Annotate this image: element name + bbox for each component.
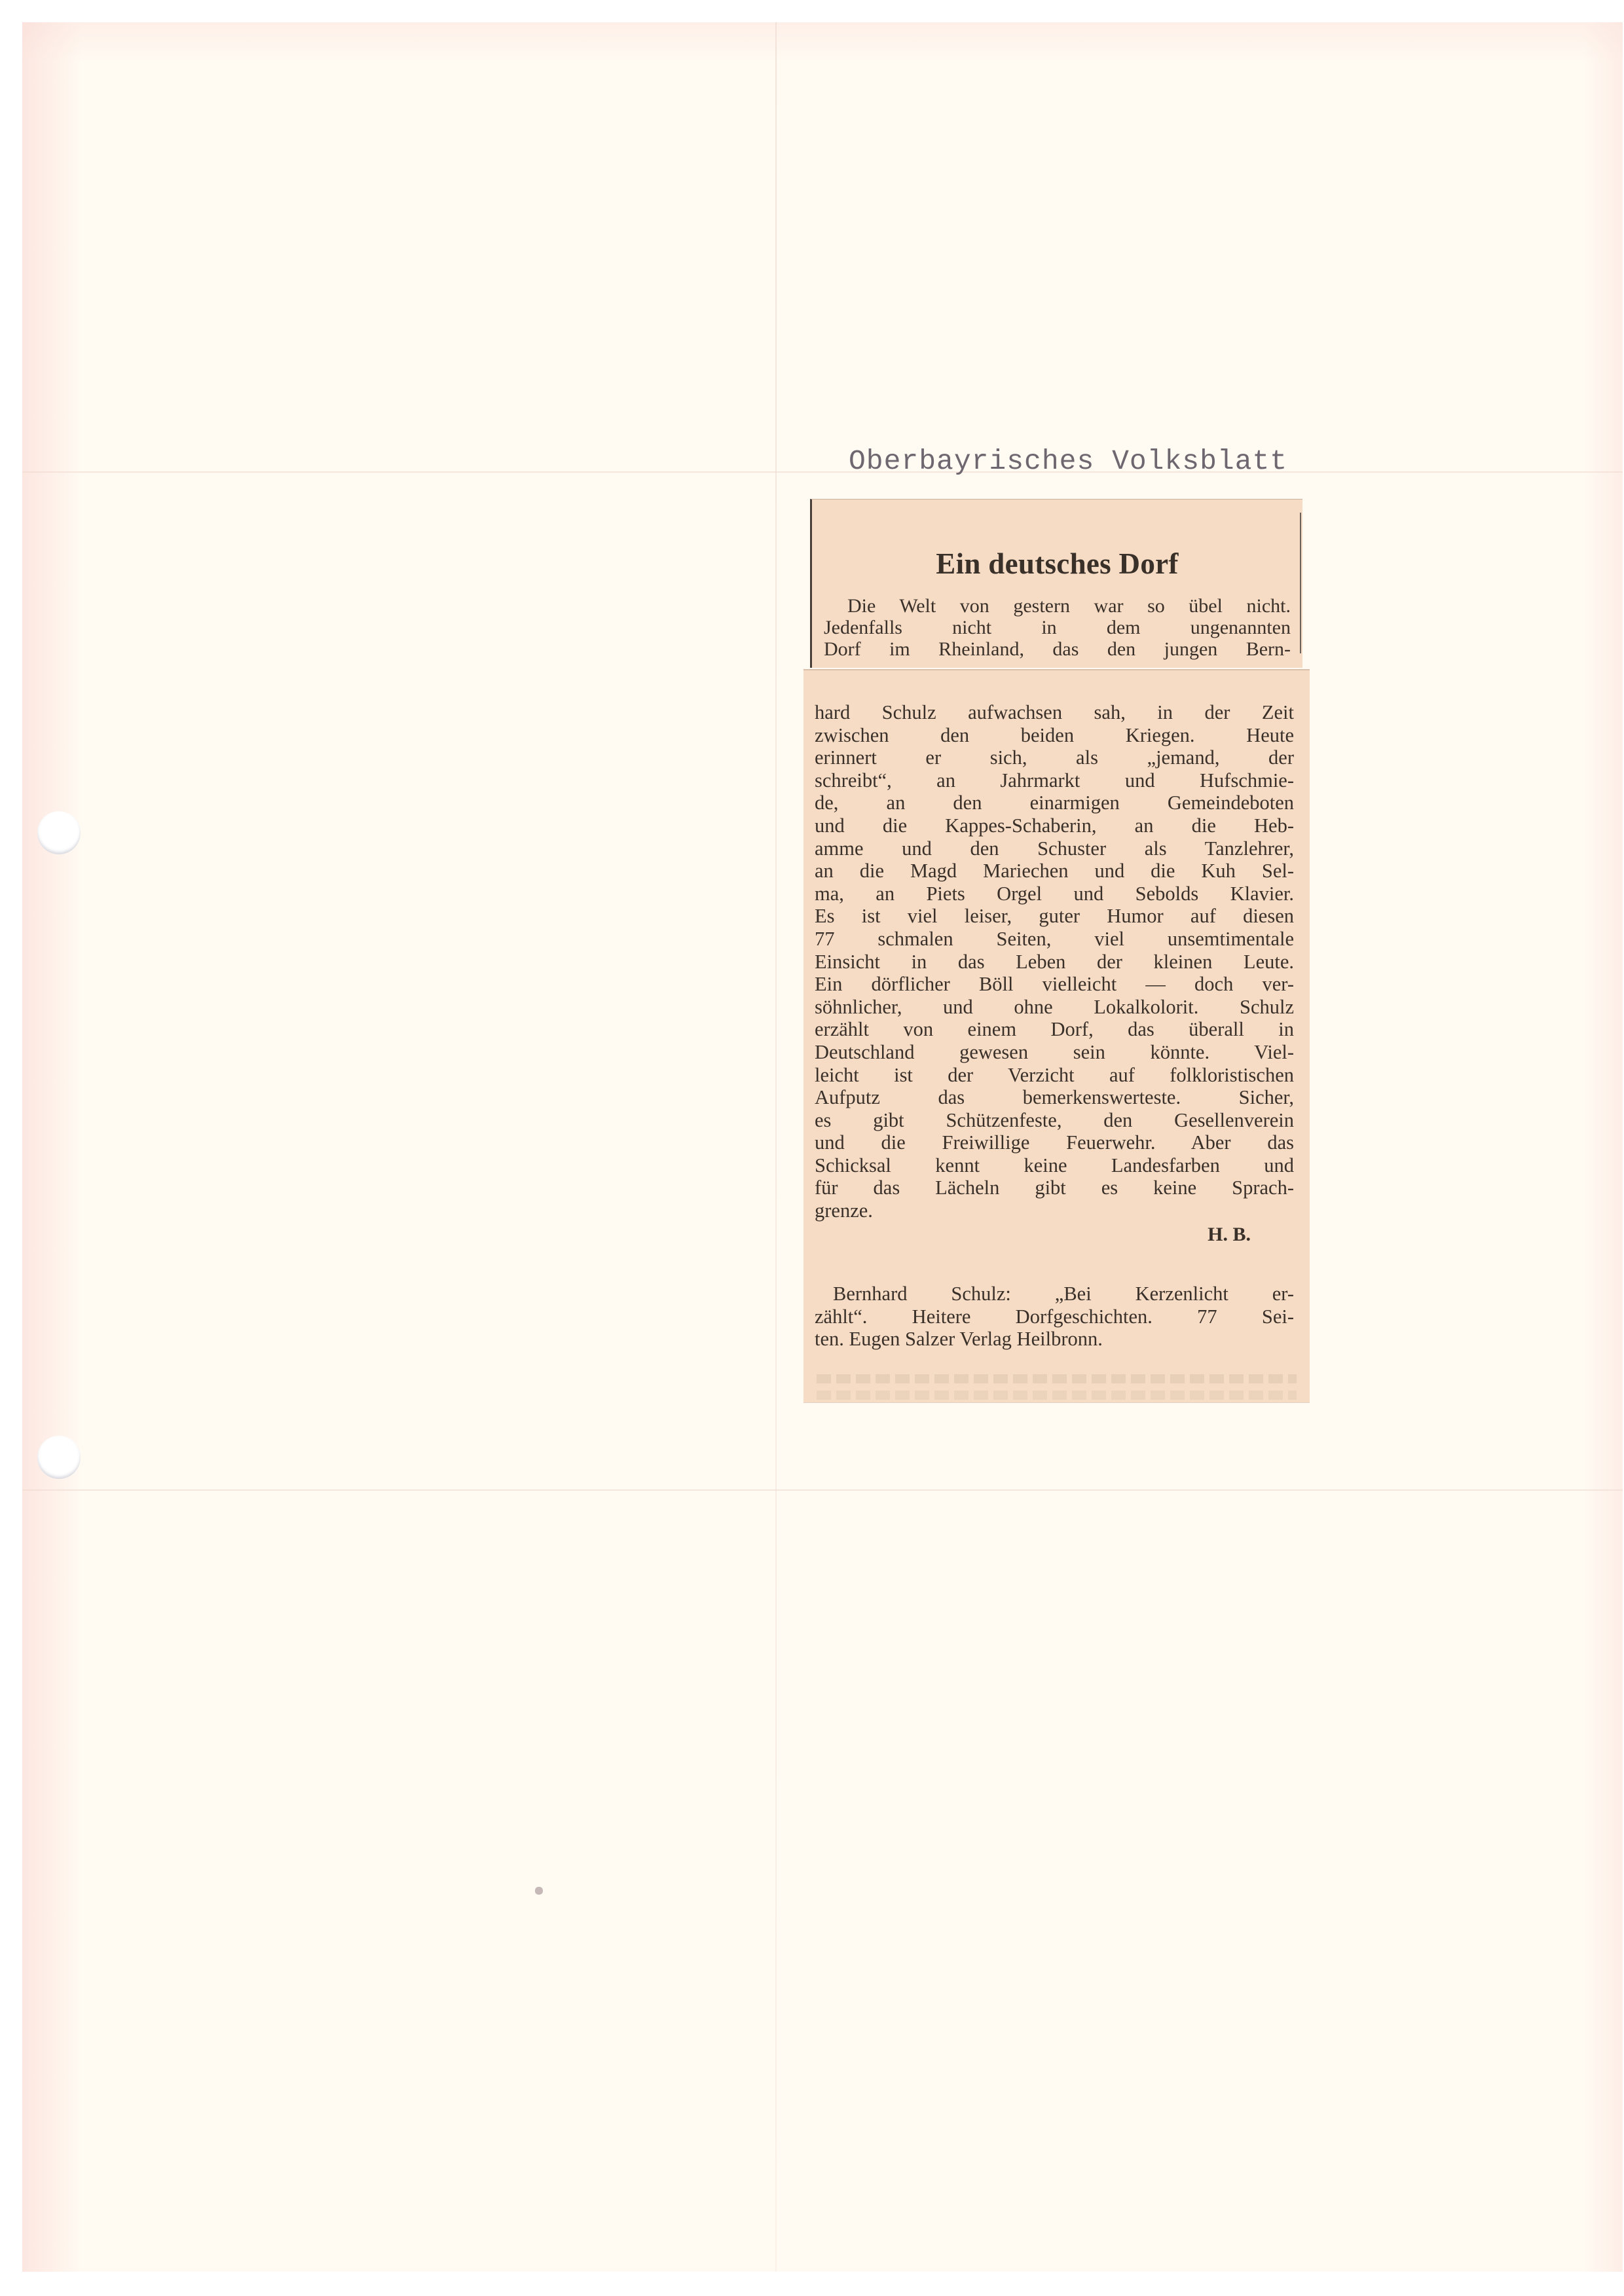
text-line: leicht ist der Verzicht auf folkloristis… bbox=[815, 1064, 1294, 1087]
article-body: hard Schulz aufwachsen sah, in der Zeitz… bbox=[815, 701, 1294, 1222]
clipping-lower-part: hard Schulz aufwachsen sah, in der Zeitz… bbox=[803, 669, 1310, 1402]
text-line: es gibt Schützenfeste, den Gesellenverei… bbox=[815, 1109, 1294, 1132]
text-line: ten. Eugen Salzer Verlag Heilbronn. bbox=[815, 1328, 1294, 1351]
bleed-through-text bbox=[817, 1391, 1297, 1400]
text-line: zwischen den beiden Kriegen. Heute bbox=[815, 724, 1294, 747]
text-line: Aufputz das bemerkenswerteste. Sicher, bbox=[815, 1086, 1294, 1109]
text-line: ma, an Piets Orgel und Sebolds Klavier. bbox=[815, 883, 1294, 905]
vertical-fold-line bbox=[775, 22, 777, 2272]
bleed-through-text bbox=[817, 1374, 1297, 1383]
text-line: grenze. bbox=[815, 1199, 1294, 1222]
book-reference: Bernhard Schulz: „Bei Kerzenlicht er-zäh… bbox=[815, 1283, 1294, 1351]
text-line: und die Freiwillige Feuerwehr. Aber das bbox=[815, 1131, 1294, 1154]
article-intro: Die Welt von gestern war so übel nicht. … bbox=[824, 595, 1291, 660]
article-headline: Ein deutsches Dorf bbox=[812, 547, 1302, 581]
punch-hole-icon bbox=[37, 1436, 81, 1479]
text-line: und die Kappes-Schaberin, an die Heb- bbox=[815, 814, 1294, 837]
text-line: an die Magd Mariechen und die Kuh Sel- bbox=[815, 860, 1294, 883]
text-line: für das Lächeln gibt es keine Sprach- bbox=[815, 1176, 1294, 1199]
ink-speck bbox=[535, 1887, 543, 1895]
text-line: schreibt“, an Jahrmarkt und Hufschmie- bbox=[815, 769, 1294, 792]
text-line: Dorf im Rheinland, das den jungen Bern- bbox=[824, 638, 1291, 660]
text-line: Ein dörflicher Böll vielleicht — doch ve… bbox=[815, 973, 1294, 996]
newspaper-name: Oberbayrisches Volksblatt bbox=[849, 435, 1287, 488]
text-line: Schicksal kennt keine Landesfarben und bbox=[815, 1154, 1294, 1177]
text-line: Einsicht in das Leben der kleinen Leute. bbox=[815, 951, 1294, 974]
text-line: söhnlicher, und ohne Lokalkolorit. Schul… bbox=[815, 996, 1294, 1019]
text-line: Es ist viel leiser, guter Humor auf dies… bbox=[815, 905, 1294, 928]
clipping-upper-part: Ein deutsches Dorf Die Welt von gestern … bbox=[810, 499, 1302, 668]
horizontal-fold-line bbox=[22, 1489, 1623, 1491]
text-line: Jedenfalls nicht in dem ungenannten bbox=[824, 617, 1291, 638]
author-initials: H. B. bbox=[1208, 1224, 1251, 1246]
text-line: 77 schmalen Seiten, viel unsemtimentale bbox=[815, 928, 1294, 951]
text-line: de, an den einarmigen Gemeindeboten bbox=[815, 792, 1294, 814]
text-line: amme und den Schuster als Tanzlehrer, bbox=[815, 837, 1294, 860]
punch-hole-icon bbox=[37, 811, 81, 854]
text-line: Die Welt von gestern war so übel nicht. bbox=[824, 595, 1291, 617]
text-line: Deutschland gewesen sein könnte. Viel- bbox=[815, 1041, 1294, 1064]
text-line: Bernhard Schulz: „Bei Kerzenlicht er- bbox=[815, 1283, 1294, 1305]
text-line: hard Schulz aufwachsen sah, in der Zeit bbox=[815, 701, 1294, 724]
text-line: erinnert er sich, als „jemand, der bbox=[815, 746, 1294, 769]
text-line: erzählt von einem Dorf, das überall in bbox=[815, 1018, 1294, 1041]
text-line: zählt“. Heitere Dorfgeschichten. 77 Sei- bbox=[815, 1305, 1294, 1328]
horizontal-fold-line bbox=[22, 471, 1623, 473]
